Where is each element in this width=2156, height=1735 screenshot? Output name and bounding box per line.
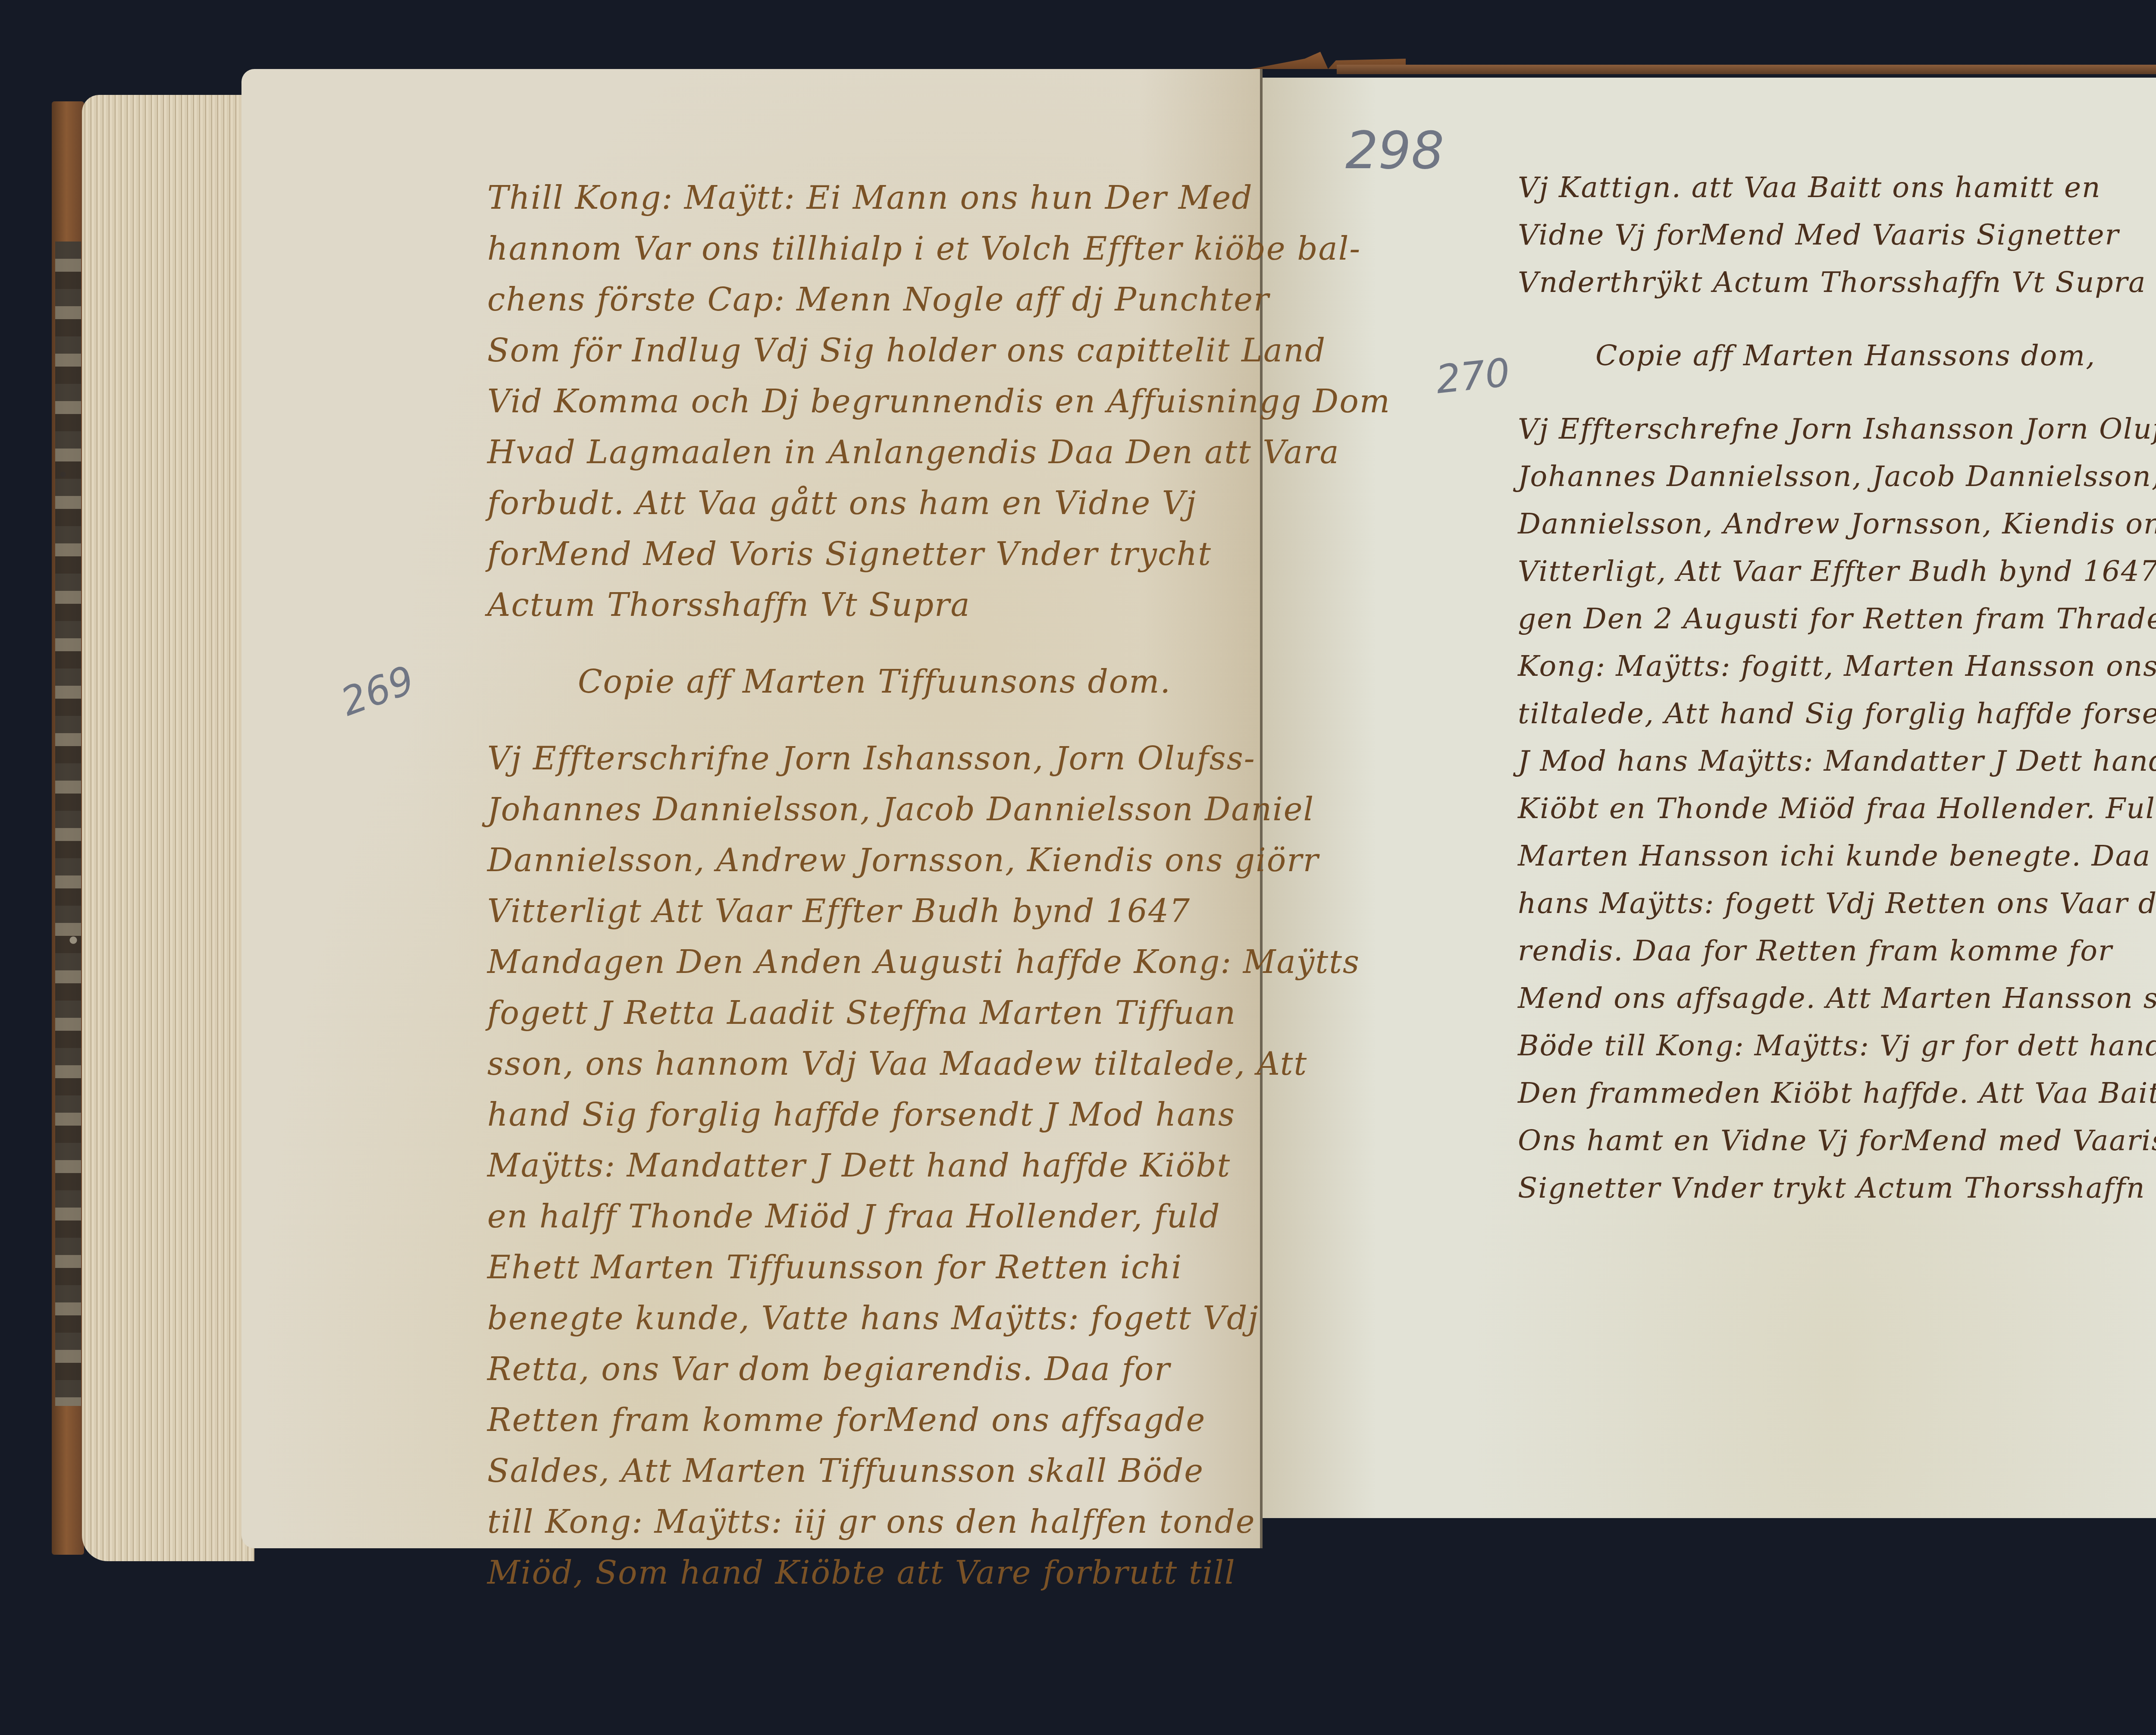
manuscript-line: Johannes Dannielsson, Jacob Dannielsson,…	[1518, 453, 2156, 500]
manuscript-line: Som för Indlug Vdj Sig holder ons capitt…	[487, 325, 1391, 376]
manuscript-line: fogett J Retta Laadit Steffna Marten Tif…	[487, 988, 1391, 1038]
manuscript-line: Vj Effterschrifne Jorn Ishansson, Jorn O…	[487, 733, 1391, 784]
manuscript-line: hans Maÿtts: fogett Vdj Retten ons Vaar …	[1518, 880, 2156, 927]
manuscript-line: Kong: Maÿtts: fogitt, Marten Hansson ons…	[1518, 643, 2156, 690]
manuscript-line: Actum Thorsshaffn Vt Supra	[487, 580, 1391, 631]
manuscript-line: Miöd, Som hand Kiöbte att Vare forbrutt …	[487, 1547, 1391, 1598]
manuscript-line: Retta, ons Var dom begiarendis. Daa for	[487, 1344, 1391, 1395]
manuscript-line: Maÿtts: Mandatter J Dett hand haffde Kiö…	[487, 1140, 1391, 1191]
manuscript-line: Vj Kattign. att Vaa Baitt ons hamitt en	[1518, 164, 2156, 211]
manuscript-line: Vnderthrÿkt Actum Thorsshaffn Vt Supra	[1518, 259, 2156, 306]
manuscript-line: Vj Effterschrefne Jorn Ishansson Jorn Ol…	[1518, 405, 2156, 453]
manuscript-line: Vidne Vj forMend Med Vaaris Signetter	[1518, 211, 2156, 259]
manuscript-line: Dannielsson, Andrew Jornsson, Kiendis on…	[1518, 500, 2156, 548]
manuscript-line: Vid Komma och Dj begrunnendis en Affuisn…	[487, 376, 1391, 427]
manuscript-line: Kiöbt en Thonde Miöd fraa Hollender. Ful…	[1518, 785, 2156, 832]
manuscript-line: Retten fram komme forMend ons affsagde	[487, 1395, 1391, 1446]
manuscript-line: rendis. Daa for Retten fram komme for	[1518, 927, 2156, 975]
manuscript-line: Böde till Kong: Maÿtts: Vj gr for dett h…	[1518, 1022, 2156, 1070]
manuscript-line: till Kong: Maÿtts: iij gr ons den halffe…	[487, 1497, 1391, 1547]
manuscript-line: Ons hamt en Vidne Vj forMend med Vaaris	[1518, 1117, 2156, 1164]
folio-number: 298	[1345, 121, 1444, 181]
right-page-text: Vj Kattign. att Vaa Baitt ons hamitt en …	[1518, 164, 2156, 1212]
manuscript-line: Johannes Dannielsson, Jacob Dannielsson …	[487, 784, 1391, 835]
section-heading: Copie aff Marten Tiffuunsons dom.	[487, 656, 1391, 707]
pencil-folio-right: 270	[1434, 350, 1512, 402]
manuscript-line: Vitterligt, Att Vaar Effter Budh bynd 16…	[1518, 548, 2156, 595]
left-page-text: Thill Kong: Maÿtt: Ei Mann ons hun Der M…	[487, 173, 1391, 1598]
manuscript-line: Mandagen Den Anden Augusti haffde Kong: …	[487, 937, 1391, 988]
manuscript-line: Thill Kong: Maÿtt: Ei Mann ons hun Der M…	[487, 173, 1391, 223]
marbled-endpaper	[55, 242, 81, 1406]
manuscript-line: Den frammeden Kiöbt haffde. Att Vaa Bait…	[1518, 1070, 2156, 1117]
manuscript-line: Saldes, Att Marten Tiffuunsson skall Böd…	[487, 1446, 1391, 1497]
open-manuscript-book: 298 270 269 Thill Kong: Maÿtt: Ei Mann o…	[0, 0, 2156, 1735]
manuscript-line: Mend ons affsagde. Att Marten Hansson sk…	[1518, 975, 2156, 1022]
manuscript-line: hannom Var ons tillhialp i et Volch Efft…	[487, 223, 1391, 274]
manuscript-line: hand Sig forglig haffde forsendt J Mod h…	[487, 1089, 1391, 1140]
manuscript-line: Ehett Marten Tiffuunsson for Retten ichi	[487, 1242, 1391, 1293]
top-headband	[1337, 65, 2156, 74]
left-page-stack	[82, 95, 254, 1561]
manuscript-line: Signetter Vnder trykt Actum Thorsshaffn …	[1518, 1164, 2156, 1212]
manuscript-line: Dannielsson, Andrew Jornsson, Kiendis on…	[487, 835, 1391, 886]
manuscript-line: Vitterligt Att Vaar Effter Budh bynd 164…	[487, 886, 1391, 937]
manuscript-line: benegte kunde, Vatte hans Maÿtts: fogett…	[487, 1293, 1391, 1344]
section-heading: Copie aff Marten Hanssons dom,	[1518, 332, 2156, 380]
manuscript-line: Hvad Lagmaalen in Anlangendis Daa Den at…	[487, 427, 1391, 478]
manuscript-line: forMend Med Voris Signetter Vnder trycht	[487, 529, 1391, 580]
manuscript-line: en halff Thonde Miöd J fraa Hollender, f…	[487, 1191, 1391, 1242]
manuscript-line: tiltalede, Att hand Sig forglig haffde f…	[1518, 690, 2156, 737]
manuscript-line: forbudt. Att Vaa gått ons ham en Vidne V…	[487, 478, 1391, 529]
manuscript-line: sson, ons hannom Vdj Vaa Maadew tiltaled…	[487, 1038, 1391, 1089]
manuscript-line: Marten Hansson ichi kunde benegte. Daa V…	[1518, 832, 2156, 880]
manuscript-line: gen Den 2 Augusti for Retten fram Thrade	[1518, 595, 2156, 643]
manuscript-line: J Mod hans Maÿtts: Mandatter J Dett hand…	[1518, 737, 2156, 785]
manuscript-line: chens förste Cap: Menn Nogle aff dj Punc…	[487, 274, 1391, 325]
